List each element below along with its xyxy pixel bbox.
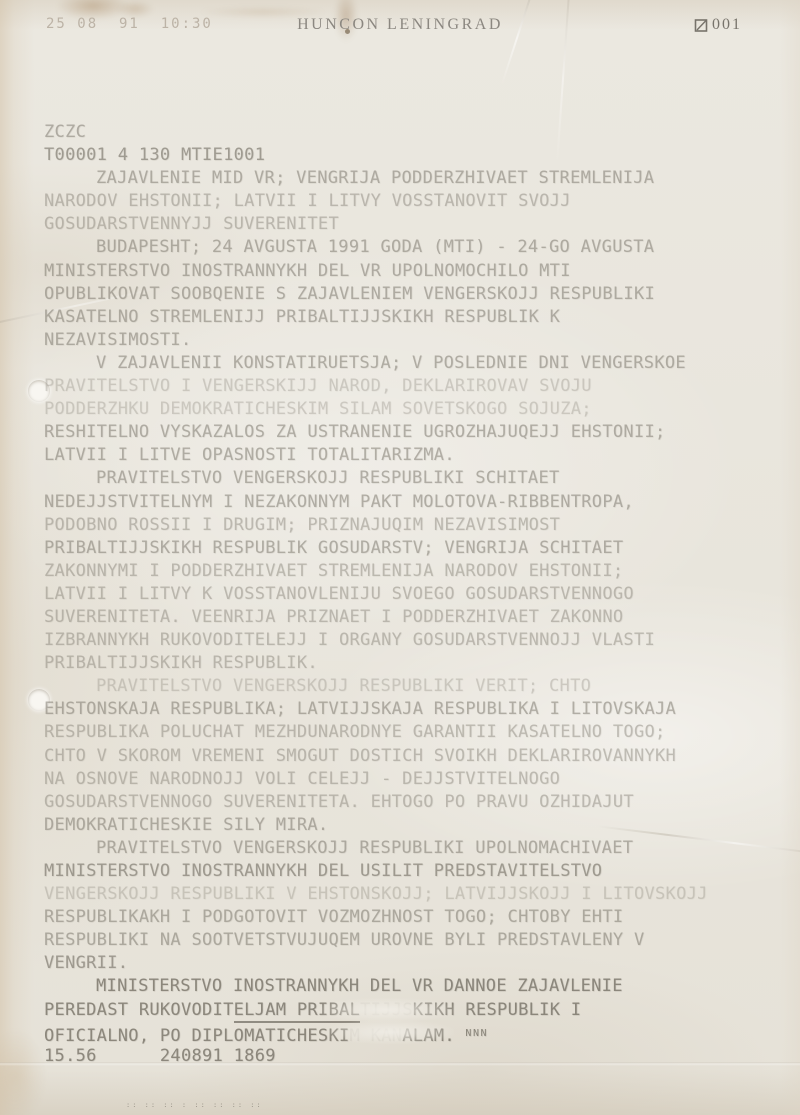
telex-line: PRAVITELSTVO VENGERSKOJJ RESPUBLIKI SCHI…	[44, 467, 760, 490]
header-timestamp: 25 08 91 10:30	[0, 16, 230, 32]
telex-line: RESPUBLIKA POLUCHAT MEZHDUNARODNYE GARAN…	[44, 721, 760, 744]
telex-line: OFICIALNO, PO DIPLOMATICHESKIM KANALAM. …	[44, 1022, 760, 1045]
telex-body: ZCZCT00001 4 130 MTIE1001ZAJAVLENIE MID …	[44, 121, 760, 1068]
telex-line: DEMOKRATICHESKIE SILY MIRA.	[44, 814, 760, 837]
telex-line-segment: M KAN	[350, 1026, 403, 1046]
telex-line: LATVII I LITVE OPASNOSTI TOTALITARIZMA.	[44, 444, 760, 467]
page-badge: 001	[570, 16, 800, 34]
telex-line: V ZAJAVLENII KONSTATIRUETSJA; V POSLEDNI…	[44, 352, 760, 375]
telex-line: NEZAVISIMOSTI.	[44, 329, 760, 352]
telex-line: KASATELNO STREMLENIJJ PRIBALTIJJSKIKH RE…	[44, 306, 760, 329]
telex-line: NARODOV EHSTONII; LATVII I LITVY VOSSTAN…	[44, 190, 760, 213]
telex-line-segment: ALAM.	[402, 1026, 465, 1046]
telex-line: RESPUBLIKI NA SOOTVETSTVUJUQEM UROVNE BY…	[44, 929, 760, 952]
telex-line: RESPUBLIKAKH I PODGOTOVIT VOZMOZHNOST TO…	[44, 906, 760, 929]
telex-line: BUDAPESHT; 24 AVGUSTA 1991 GODA (MTI) - …	[44, 236, 760, 259]
telex-line: PODOBNO ROSSII I DRUGIM; PRIZNAJUQIM NEZ…	[44, 514, 760, 537]
telex-line: PRAVITELSTVO VENGERSKOJJ RESPUBLIKI UPOL…	[44, 837, 760, 860]
telex-line: 15.56 240891 1869	[44, 1045, 760, 1068]
telex-line: MINISTERSTVO INOSTRANNYKH DEL VR DANNOE …	[44, 975, 760, 998]
telex-line: EHSTONSKAJA RESPUBLIKA; LATVIJJSKAJA RES…	[44, 698, 760, 721]
page-number: 001	[712, 16, 742, 34]
telex-line: T00001 4 130 MTIE1001	[44, 144, 760, 167]
telex-line: RESHITELNO VYSKAZALOS ZA USTRANENIE UGRO…	[44, 421, 760, 444]
telex-line: LATVII I LITVY K VOSSTANOVLENIJU SVOEGO …	[44, 583, 760, 606]
page-icon	[694, 17, 709, 33]
telex-line: GOSUDARSTVENNOGO SUVERENITETA. EHTOGO PO…	[44, 791, 760, 814]
telex-line-segment: NNN	[465, 1028, 488, 1039]
telex-line: OPUBLIKOVAT SOOBQENIE S ZAJAVLENIEM VENG…	[44, 283, 760, 306]
telex-line: NA OSNOVE NARODNOJJ VOLI CELEJJ - DEJJST…	[44, 768, 760, 791]
fax-header: 25 08 91 10:30 HUNCON LENINGRAD 001	[0, 16, 800, 40]
telex-line: PRAVITELSTVO I VENGERSKIJJ NAROD, DEKLAR…	[44, 375, 760, 398]
telex-line: ZAJAVLENIE MID VR; VENGRIJA PODDERZHIVAE…	[44, 167, 760, 190]
telex-line: ZAKONNYMI I PODDERZHIVAET STREMLENIJA NA…	[44, 560, 760, 583]
telex-line: PODDERZHKU DEMOKRATICHESKIM SILAM SOVETS…	[44, 398, 760, 421]
telex-line: PRAVITELSTVO VENGERSKOJJ RESPUBLIKI VERI…	[44, 675, 760, 698]
telex-line: NEDEJJSTVITELNYM I NEZAKONNYM PAKT MOLOT…	[44, 491, 760, 514]
telex-line: GOSUDARSTVENNYJJ SUVERENITET	[44, 213, 760, 236]
telex-line: PRIBALTIJJSKIKH RESPUBLIK.	[44, 652, 760, 675]
telex-line-segment: PEREDAST RUKOVODIT	[44, 1000, 234, 1020]
telex-line: VENGERSKOJJ RESPUBLIKI V EHSTONSKOJJ; LA…	[44, 883, 760, 906]
header-station: HUNCON LENINGRAD	[230, 16, 570, 34]
telex-line-segment: KIKH RESPUBLIK I	[413, 1000, 582, 1020]
micro-marks: :: :: :: : :: :: :: ::	[126, 1101, 263, 1109]
telex-line-segment: OFICIALNO, PO DIPLOMATICHESKI	[44, 1026, 350, 1046]
telex-line: MINISTERSTVO INOSTRANNYKH DEL USILIT PRE…	[44, 860, 760, 883]
telex-line: MINISTERSTVO INOSTRANNYKH DEL VR UPOLNOM…	[44, 260, 760, 283]
telex-line: PEREDAST RUKOVODITELJAM PRIBALTIJJSKIKH …	[44, 999, 760, 1022]
telex-line: SUVERENITETA. VEENRIJA PRIZNAET I PODDER…	[44, 606, 760, 629]
telex-line-segment: TIJJS	[360, 1000, 413, 1020]
telex-line: PRIBALTIJJSKIKH RESPUBLIK GOSUDARSTV; VE…	[44, 537, 760, 560]
telex-line: IZBRANNYKH RUKOVODITELEJJ I ORGANY GOSUD…	[44, 629, 760, 652]
telex-line: VENGRII.	[44, 952, 760, 975]
telex-line: CHTO V SKOROM VREMENI SMOGUT DOSTICH SVO…	[44, 745, 760, 768]
telex-line-segment: ELJAM PRIBAL	[234, 1000, 360, 1023]
telex-line: ZCZC	[44, 121, 760, 144]
